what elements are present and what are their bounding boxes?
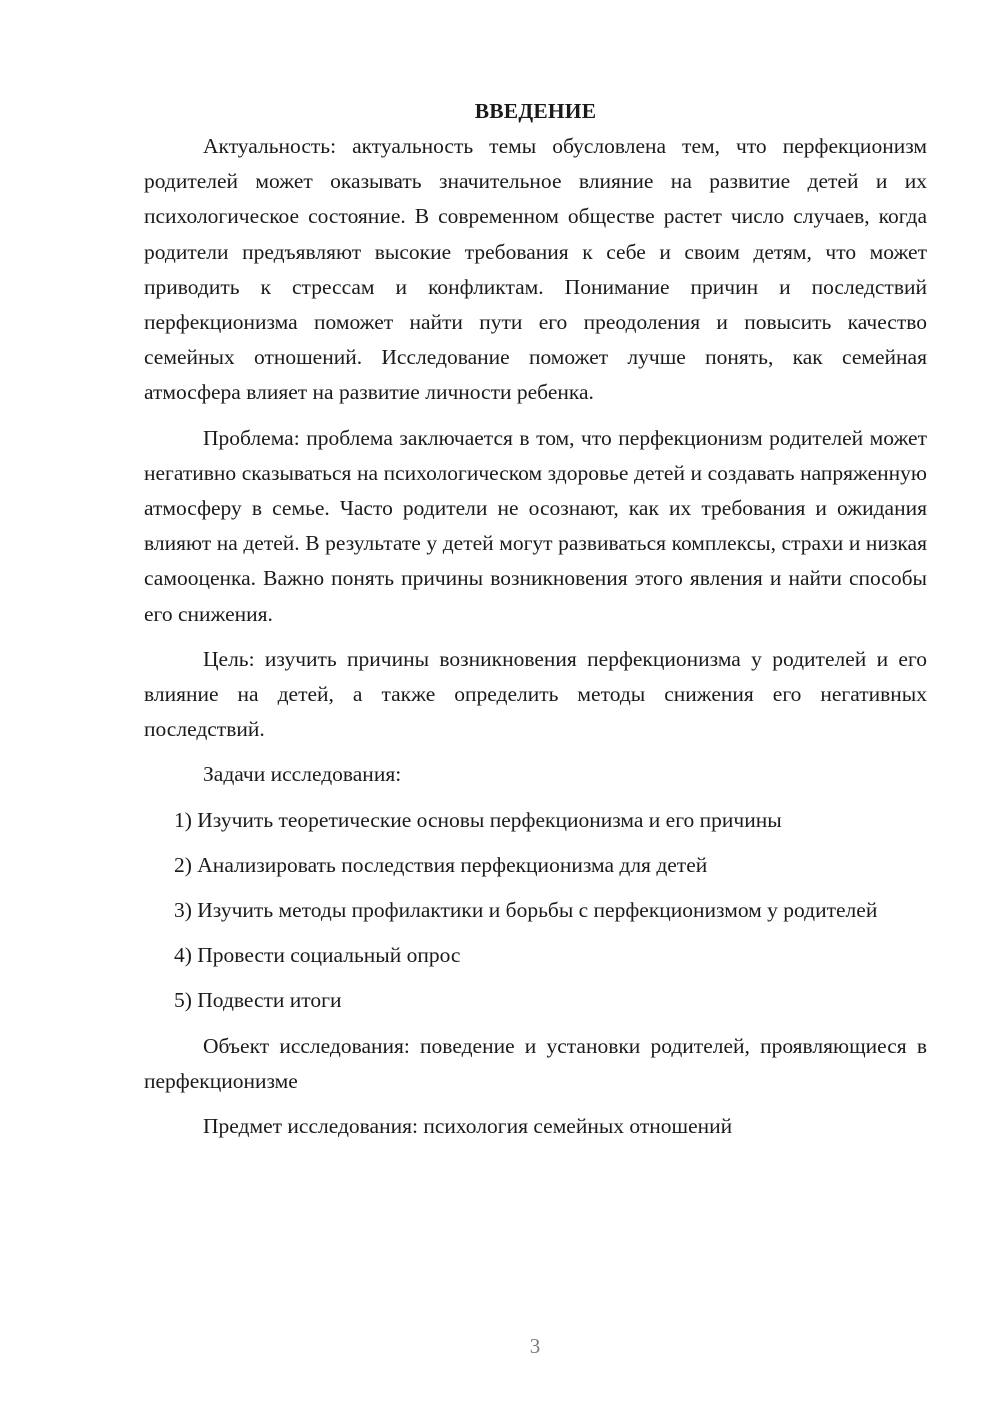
goal-paragraph: Цель: изучить причины возникновения перф… — [144, 642, 927, 748]
object-paragraph: Объект исследования: поведение и установ… — [144, 1029, 927, 1099]
tasks-heading: Задачи исследования: — [144, 757, 927, 792]
task-item: 5) Подвести итоги — [144, 983, 927, 1018]
problem-paragraph: Проблема: проблема заключается в том, чт… — [144, 421, 927, 632]
task-item: 4) Провести социальный опрос — [144, 938, 927, 973]
task-item: 1) Изучить теоретические основы перфекци… — [144, 803, 927, 838]
relevance-paragraph: Актуальность: актуальность темы обусловл… — [144, 129, 927, 411]
tasks-list: 1) Изучить теоретические основы перфекци… — [144, 803, 927, 1019]
task-item: 2) Анализировать последствия перфекциони… — [144, 848, 927, 883]
task-item: 3) Изучить методы профилактики и борьбы … — [144, 893, 927, 928]
page-content: ВВЕДЕНИЕ Актуальность: актуальность темы… — [144, 94, 927, 1144]
document-page: ВВЕДЕНИЕ Актуальность: актуальность темы… — [0, 0, 1000, 1414]
subject-paragraph: Предмет исследования: психология семейны… — [144, 1109, 927, 1144]
page-number: 3 — [0, 1334, 1000, 1359]
section-title: ВВЕДЕНИЕ — [144, 94, 927, 129]
